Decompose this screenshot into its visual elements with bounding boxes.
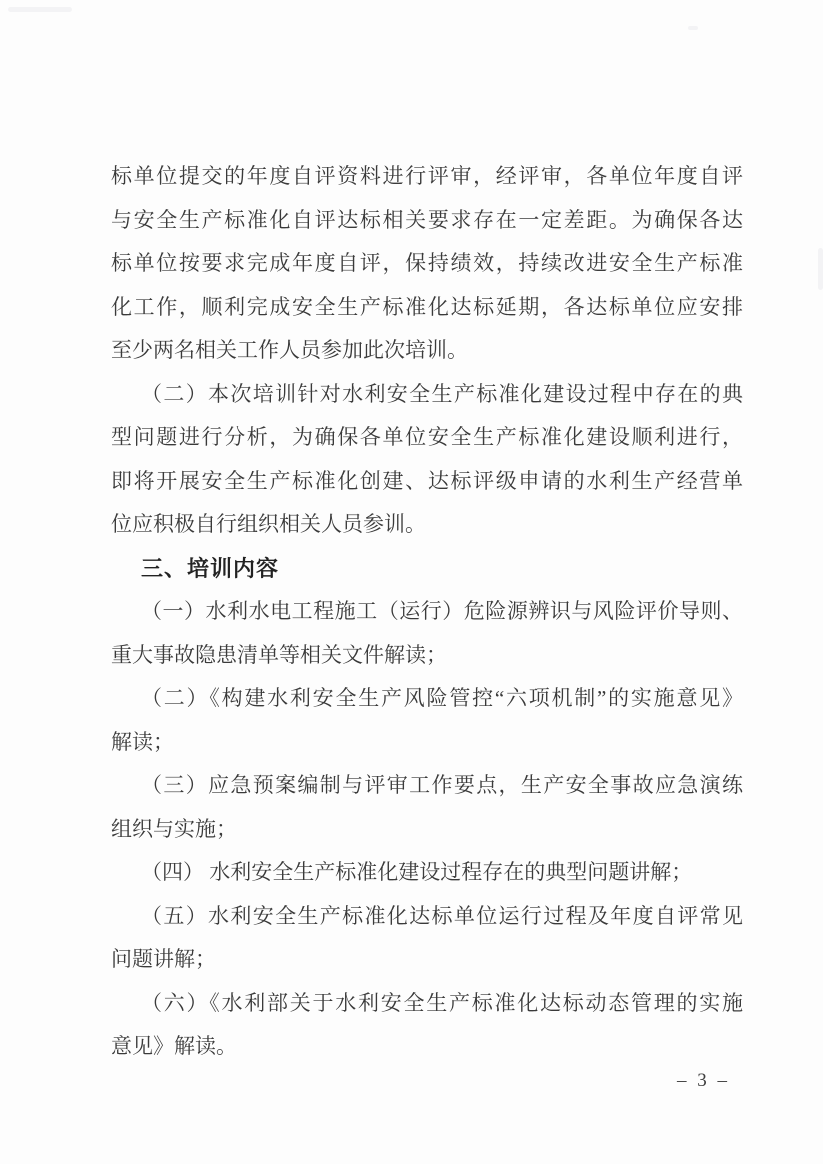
scan-artifact bbox=[8, 7, 72, 12]
text-line: 标单位按要求完成年度自评，保持绩效，持续改进安全生产标准 bbox=[111, 242, 743, 286]
text-line: （六）《水利部关于水利安全生产标准化达标动态管理的实施 bbox=[111, 982, 743, 1026]
scan-artifact bbox=[818, 248, 823, 290]
text-line: 即将开展安全生产标准化创建、达标评级申请的水利生产经营单 bbox=[111, 460, 743, 504]
text-line: 组织与实施； bbox=[111, 808, 743, 852]
scan-artifact bbox=[688, 26, 698, 30]
text-line: （五）水利安全生产标准化达标单位运行过程及年度自评常见 bbox=[111, 895, 743, 939]
text-line: （四） 水利安全生产标准化建设过程存在的典型问题讲解； bbox=[111, 851, 743, 895]
text-line: 解读； bbox=[111, 721, 743, 765]
text-line: 至少两名相关工作人员参加此次培训。 bbox=[111, 329, 743, 373]
document-body: 标单位提交的年度自评资料进行评审，经评审，各单位年度自评与安全生产标准化自评达标… bbox=[111, 155, 743, 1069]
text-line: （三）应急预案编制与评审工作要点，生产安全事故应急演练 bbox=[111, 764, 743, 808]
section-heading: 三、培训内容 bbox=[111, 547, 743, 591]
text-line: 与安全生产标准化自评达标相关要求存在一定差距。为确保各达 bbox=[111, 199, 743, 243]
text-line: （一）水利水电工程施工（运行）危险源辨识与风险评价导则、 bbox=[111, 590, 743, 634]
text-line: 意见》解读。 bbox=[111, 1025, 743, 1069]
text-line: 问题讲解； bbox=[111, 938, 743, 982]
text-line: （二）本次培训针对水利安全生产标准化建设过程中存在的典 bbox=[111, 373, 743, 417]
text-line: 化工作，顺利完成安全生产标准化达标延期，各达标单位应安排 bbox=[111, 286, 743, 330]
text-line: 标单位提交的年度自评资料进行评审，经评审，各单位年度自评 bbox=[111, 155, 743, 199]
scanned-document-page: 标单位提交的年度自评资料进行评审，经评审，各单位年度自评与安全生产标准化自评达标… bbox=[0, 0, 823, 1164]
text-line: 型问题进行分析，为确保各单位安全生产标准化建设顺利进行， bbox=[111, 416, 743, 460]
text-line: 重大事故隐患清单等相关文件解读； bbox=[111, 634, 743, 678]
page-number: – 3 – bbox=[677, 1070, 730, 1092]
text-line: （二）《构建水利安全生产风险管控“六项机制”的实施意见》 bbox=[111, 677, 743, 721]
text-line: 位应积极自行组织相关人员参训。 bbox=[111, 503, 743, 547]
